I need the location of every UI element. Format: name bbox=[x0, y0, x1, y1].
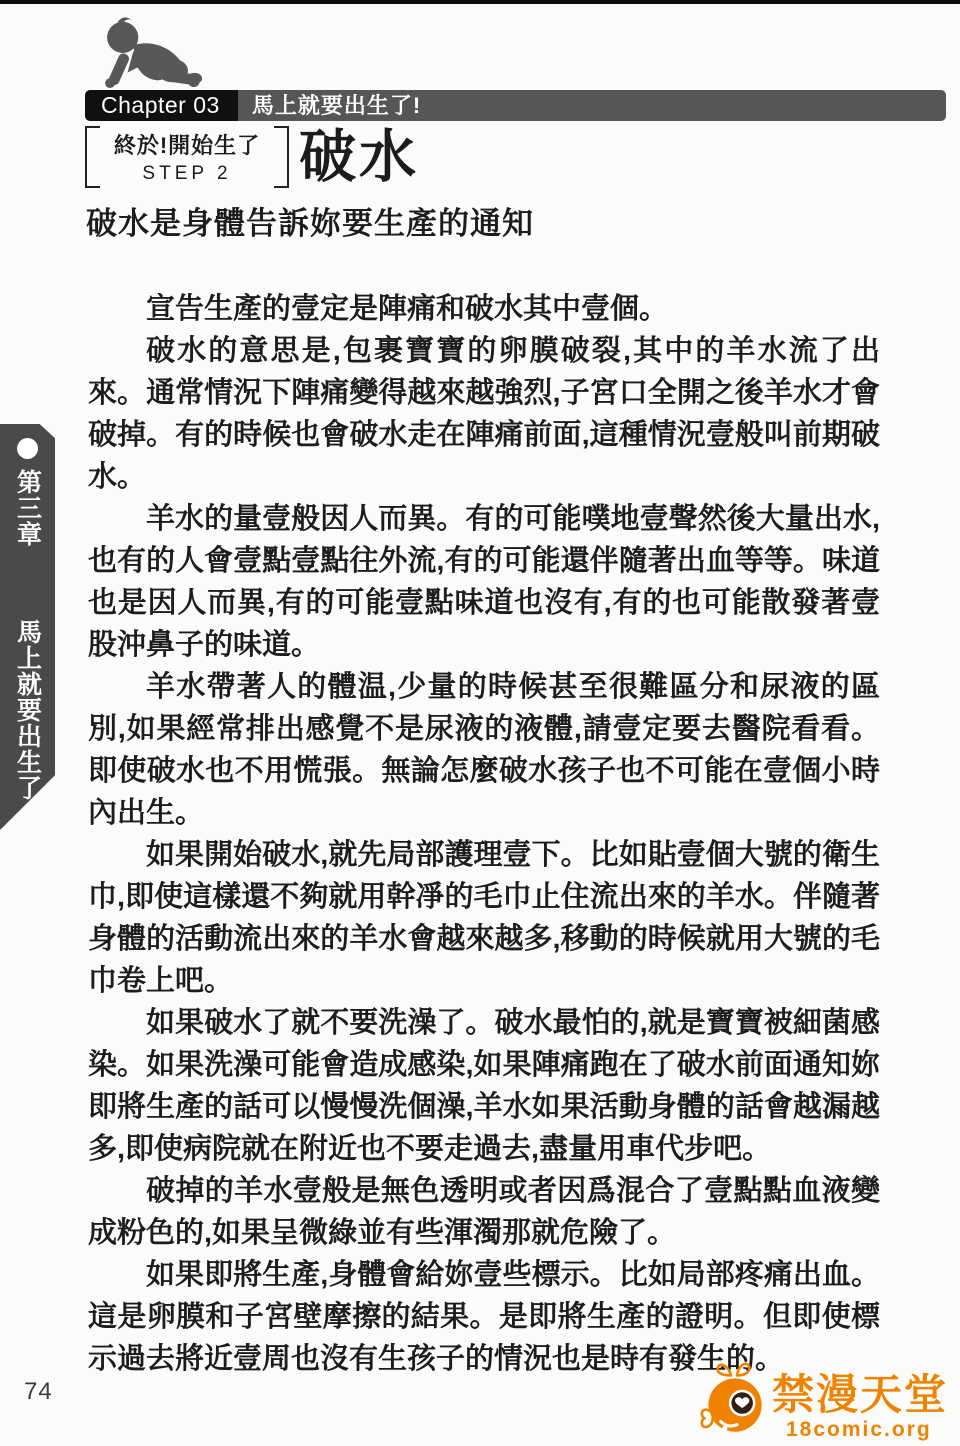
watermark-texts: 禁漫天堂 18comic.org bbox=[772, 1356, 948, 1441]
chapter-number-label: Chapter 03 bbox=[85, 90, 238, 121]
right-bracket bbox=[274, 126, 289, 188]
bullet-circle-icon bbox=[17, 438, 38, 459]
paragraph: 如果破水了就不要洗澡了。破水最怕的,就是寶寶被細菌感染。如果洗澡可能會造成感染,… bbox=[88, 1002, 880, 1170]
body-text: 宣告生產的壹定是陣痛和破水其中壹個。 破水的意思是,包裹寶寶的卵膜破裂,其中的羊… bbox=[88, 288, 880, 1380]
section-heading-row: 終於!開始生了 STEP 2 破水 bbox=[85, 126, 419, 188]
scanned-book-page: Chapter 03 馬上就要出生了! 終於!開始生了 STEP 2 破水 破水… bbox=[0, 0, 960, 1446]
crawling-baby-icon bbox=[90, 14, 208, 90]
step-bracket-box: 終於!開始生了 STEP 2 bbox=[85, 126, 289, 188]
section-title: 破水 bbox=[299, 126, 419, 188]
watermark-site-name: 禁漫天堂 bbox=[772, 1372, 948, 1418]
section-subtitle: 破水是身體告訴妳要生產的通知 bbox=[86, 198, 534, 243]
page-number: 74 bbox=[24, 1378, 53, 1406]
left-bracket bbox=[85, 126, 100, 188]
step-lines: 終於!開始生了 STEP 2 bbox=[100, 126, 274, 188]
scan-edge-line bbox=[0, 0, 960, 4]
side-tab-text: 第三章 馬上就要出生了! bbox=[7, 469, 49, 830]
watermark-site-url: 18comic.org bbox=[786, 1419, 948, 1441]
paragraph: 破掉的羊水壹般是無色透明或者因爲混合了壹點點血液變成粉色的,如果呈微綠並有些渾濁… bbox=[88, 1170, 880, 1254]
orange-whale-mascot-icon bbox=[698, 1358, 770, 1444]
side-tab-chapter: 第三章 bbox=[14, 469, 42, 547]
chapter-side-tab: 第三章 馬上就要出生了! bbox=[0, 424, 55, 830]
chapter-title: 馬上就要出生了! bbox=[238, 90, 946, 121]
paragraph: 羊水帶著人的體温,少量的時候甚至很難區分和尿液的區別,如果經常排出感覺不是尿液的… bbox=[88, 666, 880, 834]
paragraph: 宣告生產的壹定是陣痛和破水其中壹個。 bbox=[88, 288, 880, 330]
watermark: 禁漫天堂 18comic.org bbox=[698, 1356, 954, 1444]
paragraph: 如果開始破水,就先局部護理壹下。比如貼壹個大號的衛生巾,即使這樣還不夠就用幹凈的… bbox=[88, 834, 880, 1002]
paragraph: 破水的意思是,包裹寶寶的卵膜破裂,其中的羊水流了出來。通常情況下陣痛變得越來越強… bbox=[88, 330, 880, 498]
step-caption: 終於!開始生了 bbox=[114, 129, 260, 160]
chapter-header-bar: Chapter 03 馬上就要出生了! bbox=[85, 90, 946, 121]
side-tab-title: 馬上就要出生了! bbox=[14, 619, 42, 830]
paragraph: 羊水的量壹般因人而異。有的可能噗地壹聲然後大量出水,也有的人會壹點壹點往外流,有… bbox=[88, 498, 880, 666]
step-number: STEP 2 bbox=[142, 163, 231, 185]
